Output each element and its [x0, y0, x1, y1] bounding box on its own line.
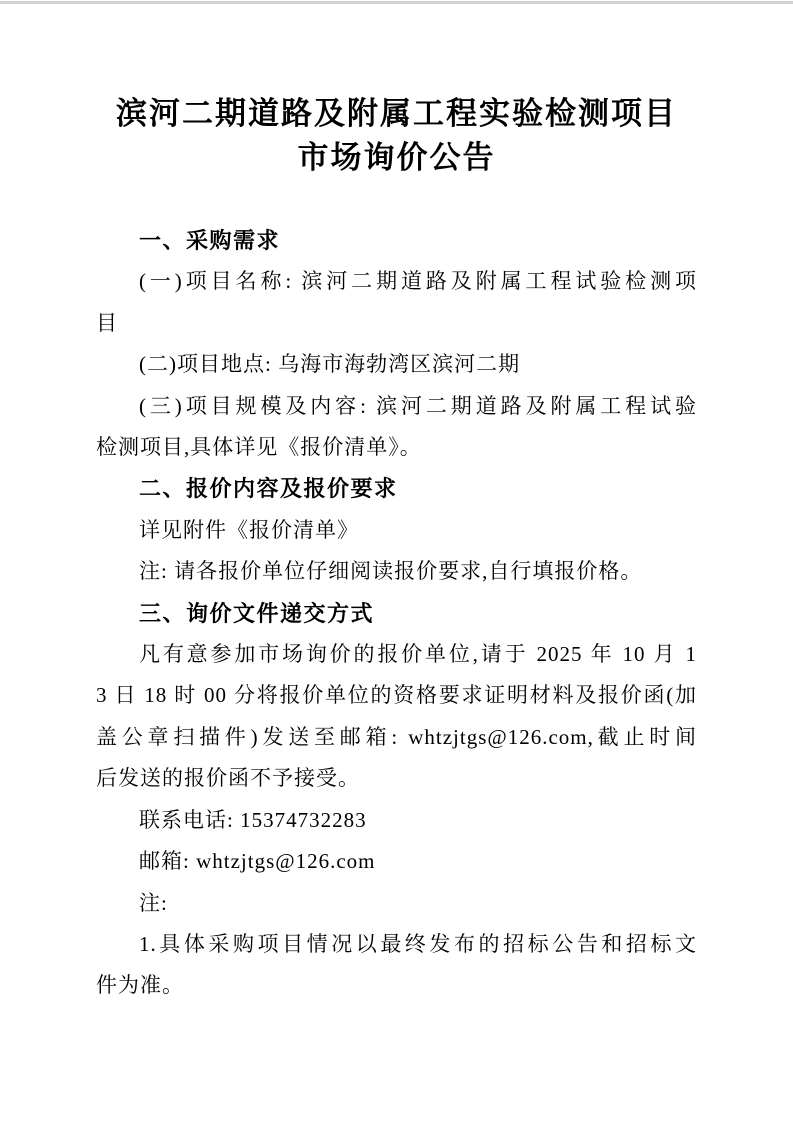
- document-line: 联系电话: 15374732283: [96, 800, 697, 841]
- document-line: 检测项目,具体详见《报价清单》。: [96, 427, 697, 468]
- document-line: 盖公章扫描件)发送至邮箱: whtzjtgs@126.com,截止时间: [96, 717, 697, 758]
- document-line: 件为准。: [96, 965, 697, 1006]
- document-line: 邮箱: whtzjtgs@126.com: [96, 841, 697, 882]
- document-line: (三)项目规模及内容: 滨河二期道路及附属工程试验: [96, 386, 697, 427]
- document-line: 3 日 18 时 00 分将报价单位的资格要求证明材料及报价函(加: [96, 675, 697, 716]
- document-title: 滨河二期道路及附属工程实验检测项目 市场询价公告: [0, 92, 793, 180]
- document-body: 一、采购需求(一)项目名称: 滨河二期道路及附属工程试验检测项目(二)项目地点:…: [96, 220, 697, 1007]
- document-line: 注: 请各报价单位仔细阅读报价要求,自行填报价格。: [96, 551, 697, 592]
- document-line: 凡有意参加市场询价的报价单位,请于 2025 年 10 月 1: [96, 634, 697, 675]
- document-line: (一)项目名称: 滨河二期道路及附属工程试验检测项: [96, 261, 697, 302]
- section-heading: 一、采购需求: [96, 220, 697, 261]
- document-line: 详见附件《报价清单》: [96, 510, 697, 551]
- section-heading: 三、询价文件递交方式: [96, 593, 697, 634]
- document-line: 1.具体采购项目情况以最终发布的招标公告和招标文: [96, 924, 697, 965]
- section-heading: 二、报价内容及报价要求: [96, 468, 697, 509]
- document-title-line2: 市场询价公告: [0, 136, 793, 180]
- document-line: 注:: [96, 883, 697, 924]
- document-line: 目: [96, 303, 697, 344]
- document-line: 后发送的报价函不予接受。: [96, 758, 697, 799]
- document-line: (二)项目地点: 乌海市海勃湾区滨河二期: [96, 344, 697, 385]
- document-title-line1: 滨河二期道路及附属工程实验检测项目: [0, 92, 793, 136]
- document-page: 滨河二期道路及附属工程实验检测项目 市场询价公告 一、采购需求(一)项目名称: …: [0, 0, 793, 1122]
- scan-edge-artifact: [0, 1, 793, 4]
